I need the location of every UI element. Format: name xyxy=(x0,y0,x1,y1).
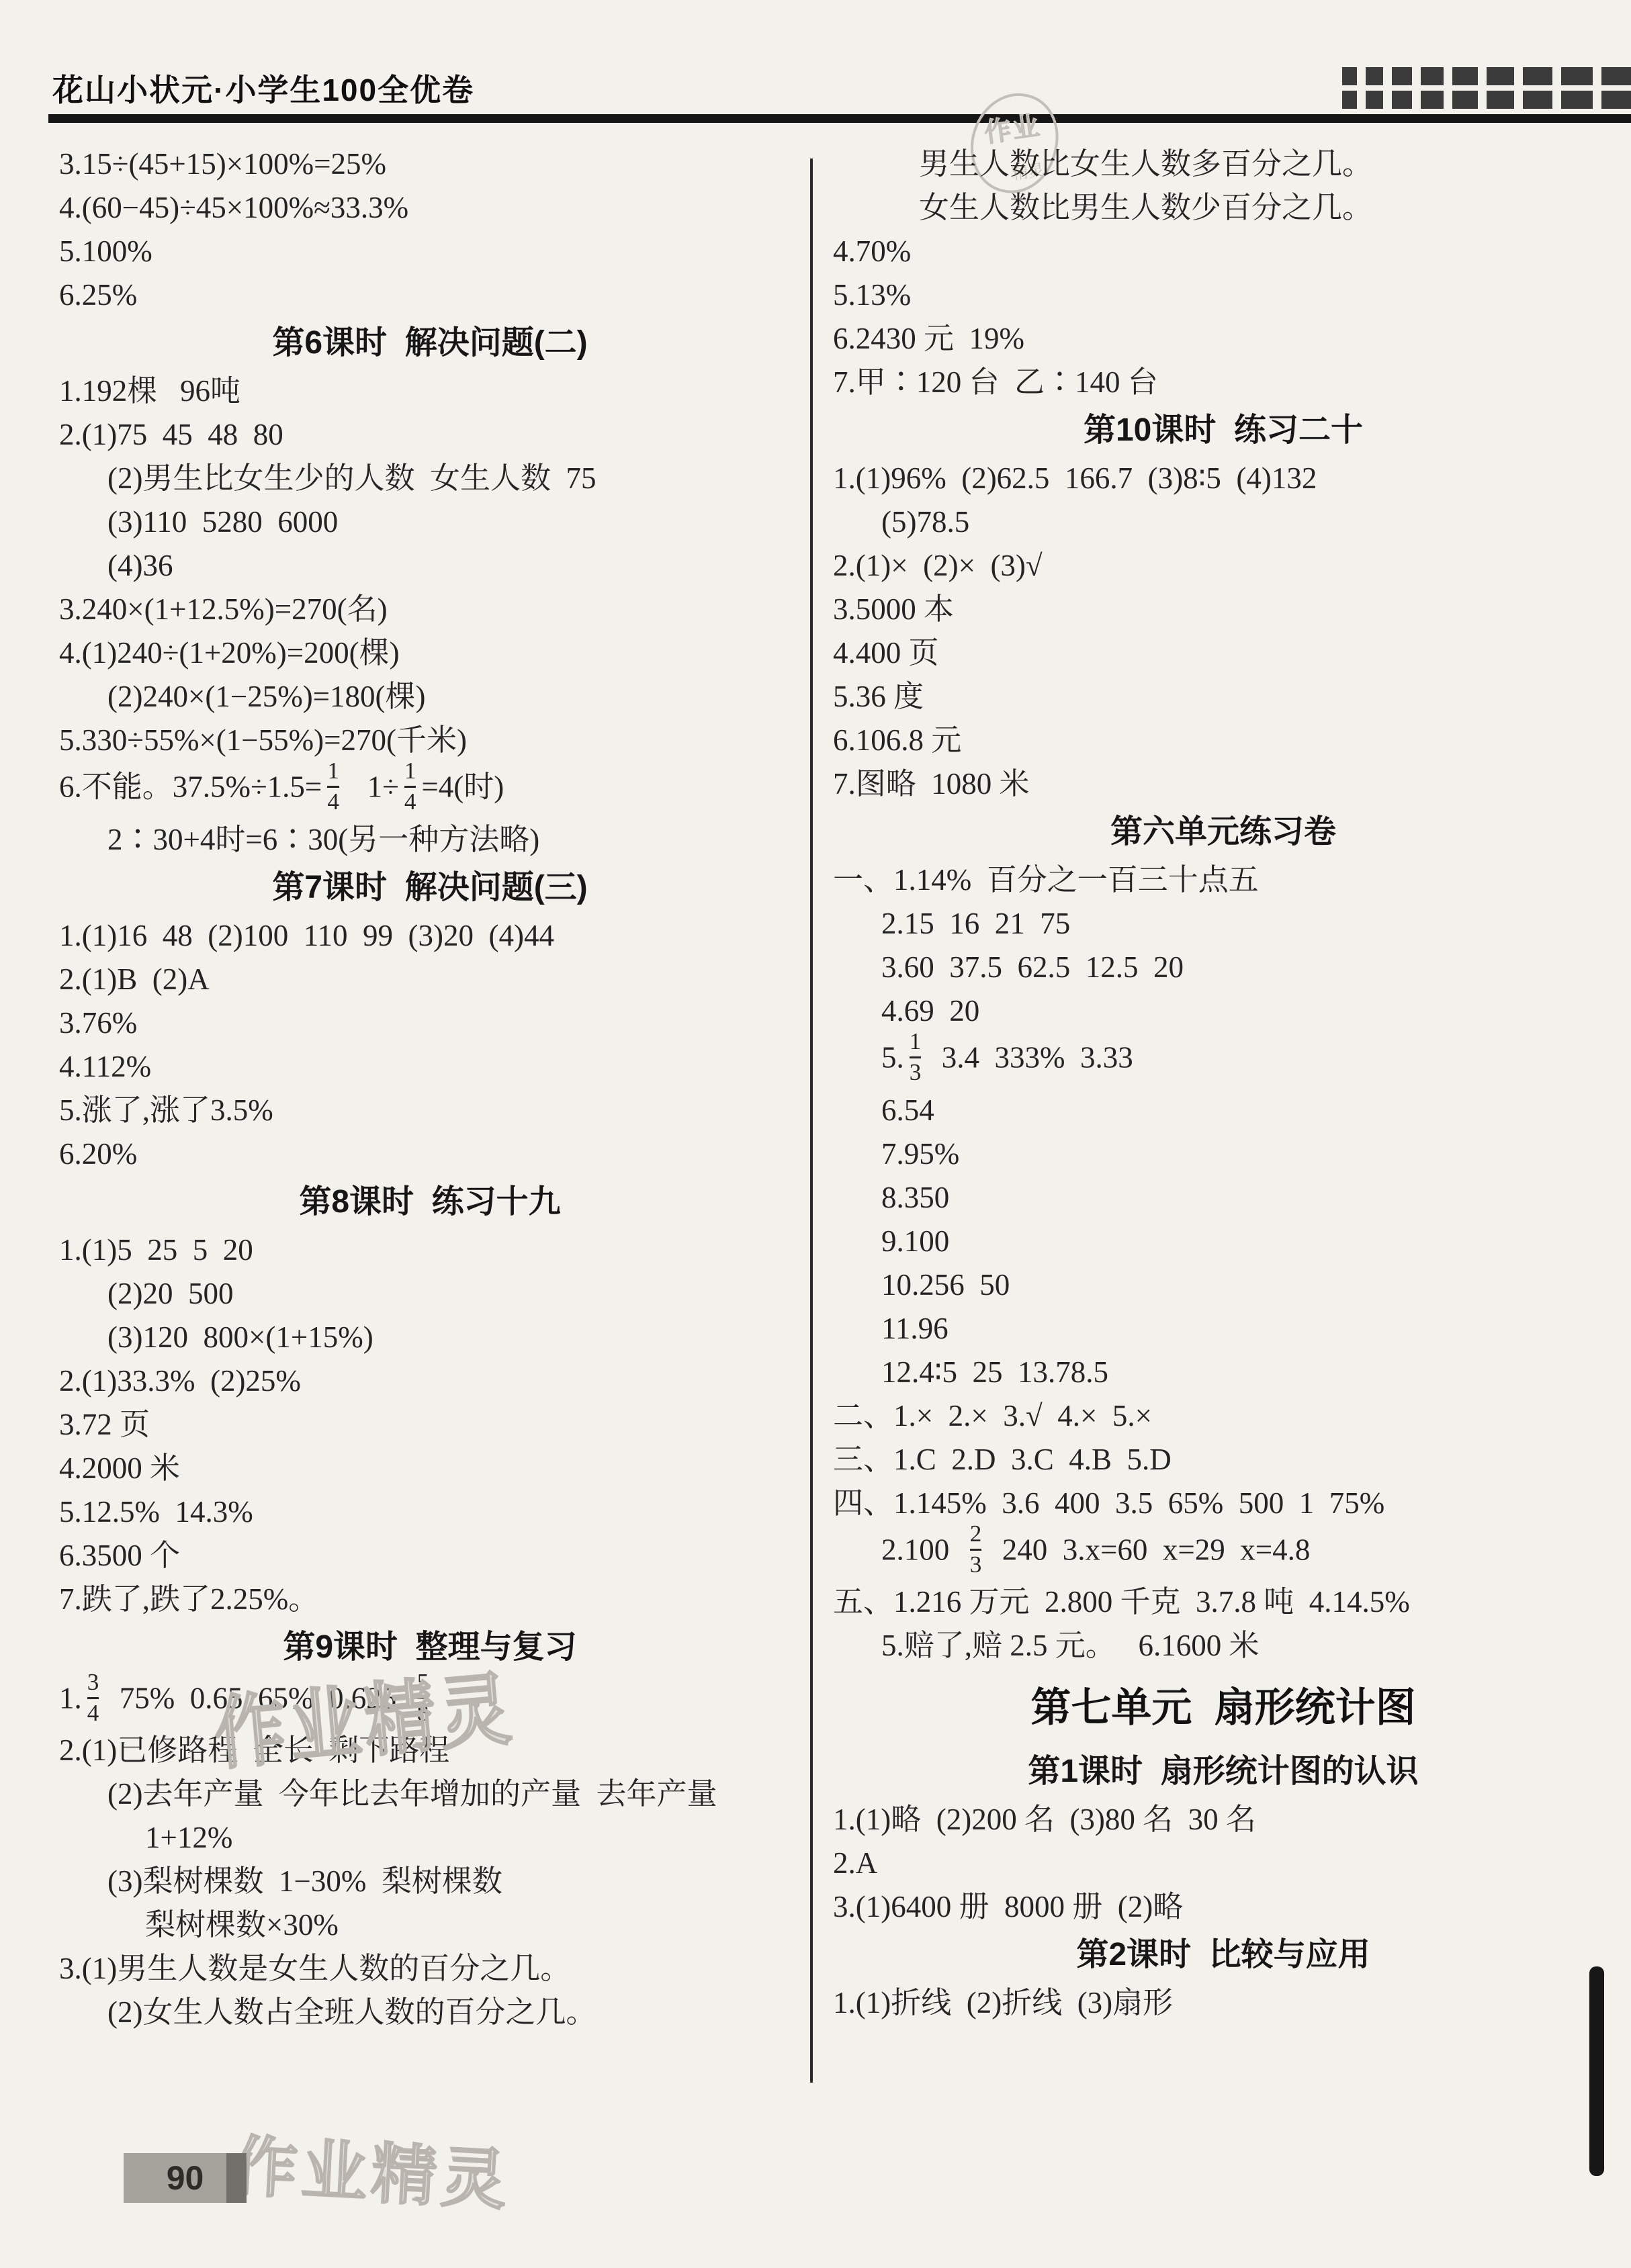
answer-text: 1+12% xyxy=(145,1821,232,1854)
answer-text: 第8课时 练习十九 xyxy=(299,1184,560,1220)
answer-line: (2)女生人数占全班人数的百分之几。 xyxy=(59,1991,801,2034)
answer-line: 12.4∶5 25 13.78.5 xyxy=(833,1351,1614,1394)
answer-text: (3)120 800×(1+15%) xyxy=(107,1320,373,1354)
answer-text: 1÷ xyxy=(345,770,399,804)
answer-line: (5)78.5 xyxy=(833,500,1614,544)
answer-text: 第1课时 扇形统计图的认识 xyxy=(1028,1754,1418,1789)
answer-text: 5.100% xyxy=(59,234,152,268)
fraction: 34 xyxy=(87,1670,99,1726)
answer-line: 二、1.× 2.× 3.√ 4.× 5.× xyxy=(833,1394,1614,1438)
answer-line: 5.100% xyxy=(59,230,801,273)
corner-block xyxy=(1601,91,1631,109)
answer-line: (4)36 xyxy=(59,544,801,588)
corner-block xyxy=(1421,67,1444,85)
answer-line: 4.(1)240÷(1+20%)=200(棵) xyxy=(59,631,801,675)
answer-text: 3.4 333% 3.33 xyxy=(926,1041,1133,1075)
answer-text: 2.(1)× (2)× (3)√ xyxy=(833,549,1043,582)
answer-text: 9.100 xyxy=(881,1224,949,1258)
answer-line: 女生人数比男生人数少百分之几。 xyxy=(833,186,1614,230)
corner-block xyxy=(1342,91,1357,109)
answer-line: 6.不能。37.5%÷1.5=14 1÷14=4(时) xyxy=(59,762,801,818)
answer-text: 2.(1)75 45 48 80 xyxy=(59,418,283,451)
answer-line: 10.256 50 xyxy=(833,1263,1614,1307)
fraction: 14 xyxy=(327,759,339,815)
section-heading: 第六单元练习卷 xyxy=(833,806,1614,858)
answer-line: 三、1.C 2.D 3.C 4.B 5.D xyxy=(833,1438,1614,1482)
answer-text: 3.76% xyxy=(59,1006,137,1040)
answer-line: 2.100 23 240 3.x=60 x=29 x=4.8 xyxy=(833,1525,1614,1581)
answer-text: 2.(1)B (2)A xyxy=(59,962,210,996)
answer-text: 第七单元 扇形统计图 xyxy=(1030,1685,1415,1730)
answer-line: 5.36 度 xyxy=(833,675,1614,719)
answer-text: 第7课时 解决问题(三) xyxy=(272,870,587,905)
corner-block xyxy=(1601,67,1631,85)
answer-text: 1.(1)16 48 (2)100 110 99 (3)20 (4)44 xyxy=(59,919,554,952)
answer-text: 6.不能。37.5%÷1.5= xyxy=(59,770,322,804)
answer-text: 240 3.x=60 x=29 x=4.8 xyxy=(987,1533,1310,1566)
answer-text: 2.(1)33.3% (2)25% xyxy=(59,1364,301,1398)
answer-text: 女生人数比男生人数少百分之几。 xyxy=(919,191,1372,224)
answer-text: 4.69 20 xyxy=(881,994,979,1028)
answer-text: 7.甲∶120 台 乙∶140 台 xyxy=(833,365,1158,399)
answer-line: 1.(1)96% (2)62.5 166.7 (3)8∶5 (4)132 xyxy=(833,457,1614,500)
answer-line: 3.76% xyxy=(59,1001,801,1045)
answer-line: 1.192棵 96吨 xyxy=(59,369,801,413)
header-rule xyxy=(48,114,1631,123)
answer-text: 四、1.145% 3.6 400 3.5 65% 500 1 75% xyxy=(833,1486,1384,1520)
answer-text: (2)去年产量 今年比去年增加的产量 去年产量 xyxy=(107,1777,717,1811)
fraction: 23 xyxy=(970,1522,982,1578)
answer-line: 3.15÷(45+15)×100%=25% xyxy=(59,142,801,186)
answer-text: 第10课时 练习二十 xyxy=(1084,412,1363,448)
answer-line: 3.5000 本 xyxy=(833,588,1614,631)
answer-text: 3.(1)男生人数是女生人数的百分之几。 xyxy=(59,1952,570,1985)
answer-text: (3)110 5280 6000 xyxy=(107,505,338,539)
section-heading: 第2课时 比较与应用 xyxy=(833,1929,1614,1981)
corner-block xyxy=(1487,91,1514,109)
answer-text: 第2课时 比较与应用 xyxy=(1076,1937,1370,1972)
answer-line: 7.95% xyxy=(833,1132,1614,1176)
answer-text: 8.350 xyxy=(881,1181,949,1214)
answer-line: 五、1.216 万元 2.800 千克 3.7.8 吨 4.14.5% xyxy=(833,1580,1614,1624)
corner-block xyxy=(1366,67,1383,85)
answer-text: 12.4∶5 25 13.78.5 xyxy=(881,1355,1108,1389)
corner-block xyxy=(1392,91,1412,109)
answer-text: (2)240×(1−25%)=180(棵) xyxy=(107,680,426,713)
answer-text: 5.涨了,涨了3.5% xyxy=(59,1093,273,1127)
answer-line: 4.69 20 xyxy=(833,989,1614,1033)
answer-text: 3.(1)6400 册 8000 册 (2)略 xyxy=(833,1890,1183,1923)
answer-text: 二、1.× 2.× 3.√ 4.× 5.× xyxy=(833,1399,1152,1433)
corner-block xyxy=(1421,91,1444,109)
answer-line: 2.A xyxy=(833,1842,1614,1885)
answer-text: 2.(1)已修路程 全长 剩下路程 xyxy=(59,1733,449,1767)
answer-text: 4.70% xyxy=(833,234,911,268)
answer-line: 3.(1)男生人数是女生人数的百分之几。 xyxy=(59,1947,801,1991)
answer-text: 7.跌了,跌了2.25%。 xyxy=(59,1582,318,1616)
answer-line: 1.(1)折线 (2)折线 (3)扇形 xyxy=(833,1981,1614,2025)
answer-line: (3)110 5280 6000 xyxy=(59,500,801,544)
corner-block xyxy=(1366,91,1383,109)
answer-text: 4.2000 米 xyxy=(59,1451,180,1485)
answer-text: 男生人数比女生人数多百分之几。 xyxy=(919,147,1372,181)
answer-text: (3)梨树棵数 1−30% 梨树棵数 xyxy=(107,1864,502,1898)
answer-text: 4.(60−45)÷45×100%≈33.3% xyxy=(59,191,408,224)
corner-block xyxy=(1342,67,1357,85)
answer-line: (2)240×(1−25%)=180(棵) xyxy=(59,675,801,719)
corner-block xyxy=(1392,67,1412,85)
answer-line: 4.112% xyxy=(59,1045,801,1089)
answer-text: 3.5000 本 xyxy=(833,592,954,626)
section-heading: 第9课时 整理与复习 xyxy=(59,1621,801,1674)
answer-text: 一、1.14% 百分之一百三十点五 xyxy=(833,863,1259,897)
answer-line: 2∶30+4时=6∶30(另一种方法略) xyxy=(59,818,801,862)
answer-line: 8.350 xyxy=(833,1176,1614,1220)
answer-text: 4.(1)240÷(1+20%)=200(棵) xyxy=(59,636,400,670)
answer-text: 6.106.8 元 xyxy=(833,723,961,757)
answer-text: (5)78.5 xyxy=(881,505,969,539)
answer-text: 6.20% xyxy=(59,1137,137,1171)
answer-text: (2)20 500 xyxy=(107,1277,233,1310)
answer-line: 1.(1)16 48 (2)100 110 99 (3)20 (4)44 xyxy=(59,914,801,958)
fraction: 14 xyxy=(404,759,416,815)
answer-text: =4(时) xyxy=(421,770,504,804)
answer-line: (3)120 800×(1+15%) xyxy=(59,1316,801,1359)
answer-line: (2)男生比女生少的人数 女生人数 75 xyxy=(59,457,801,500)
answer-line: 3.240×(1+12.5%)=270(名) xyxy=(59,588,801,631)
answer-text: 2.15 16 21 75 xyxy=(881,907,1070,940)
answer-text: 2.100 xyxy=(881,1533,965,1566)
answer-line: 11.96 xyxy=(833,1307,1614,1351)
answer-line: 3.72 页 xyxy=(59,1403,801,1447)
answer-line: 5.13% xyxy=(833,273,1614,317)
corner-block xyxy=(1452,91,1478,109)
answer-line: 梨树棵数×30% xyxy=(59,1903,801,1947)
answer-text: (2)女生人数占全班人数的百分之几。 xyxy=(107,1995,596,2029)
answer-line: 5.13 3.4 333% 3.33 xyxy=(833,1033,1614,1089)
answer-line: 1.(1)5 25 5 20 xyxy=(59,1228,801,1272)
answer-line: 6.2430 元 19% xyxy=(833,317,1614,361)
watermark-bottom: 作业精灵 xyxy=(230,2114,514,2223)
answer-text: 11.96 xyxy=(881,1312,949,1345)
answer-line: 2.(1)75 45 48 80 xyxy=(59,413,801,457)
fraction: 13 xyxy=(910,1030,922,1085)
answer-text: 6.25% xyxy=(59,278,137,312)
answer-text: 1.(1)略 (2)200 名 (3)80 名 30 名 xyxy=(833,1803,1256,1836)
corner-block xyxy=(1561,67,1593,85)
answer-text: 五、1.216 万元 2.800 千克 3.7.8 吨 4.14.5% xyxy=(833,1585,1410,1619)
answer-text: 10.256 50 xyxy=(881,1268,1010,1302)
answer-line: 6.25% xyxy=(59,273,801,317)
answer-line: 四、1.145% 3.6 400 3.5 65% 500 1 75% xyxy=(833,1482,1614,1525)
answer-line: 5.赔了,赔 2.5 元。 6.1600 米 xyxy=(833,1624,1614,1668)
answer-text: 1. xyxy=(59,1681,82,1715)
page-number-box-edge xyxy=(226,2153,247,2203)
corner-block xyxy=(1523,67,1552,85)
left-column: 3.15÷(45+15)×100%=25%4.(60−45)÷45×100%≈3… xyxy=(59,142,801,2034)
answer-line: 9.100 xyxy=(833,1220,1614,1263)
answer-text: 7.图略 1080 米 xyxy=(833,767,1030,801)
answer-line: 4.2000 米 xyxy=(59,1447,801,1490)
answer-text: 6.2430 元 19% xyxy=(833,322,1024,355)
answer-line: 6.20% xyxy=(59,1132,801,1176)
answer-text: 4.400 页 xyxy=(833,636,939,670)
answer-line: 7.跌了,跌了2.25%。 xyxy=(59,1578,801,1621)
answer-line: 4.(60−45)÷45×100%≈33.3% xyxy=(59,186,801,230)
right-column: 男生人数比女生人数多百分之几。女生人数比男生人数少百分之几。4.70%5.13%… xyxy=(833,142,1614,2025)
answer-line: 2.(1)B (2)A xyxy=(59,958,801,1001)
answer-text: 5.12.5% 14.3% xyxy=(59,1495,253,1529)
unit-heading: 第七单元 扇形统计图 xyxy=(833,1673,1614,1743)
answer-line: 男生人数比女生人数多百分之几。 xyxy=(833,142,1614,186)
answer-text: 1.(1)96% (2)62.5 166.7 (3)8∶5 (4)132 xyxy=(833,461,1317,495)
corner-block xyxy=(1487,67,1514,85)
answer-line: 6.54 xyxy=(833,1089,1614,1132)
answer-text: 1.(1)5 25 5 20 xyxy=(59,1233,253,1267)
answer-text: 3.240×(1+12.5%)=270(名) xyxy=(59,592,388,626)
answer-line: 2.(1)已修路程 全长 剩下路程 xyxy=(59,1729,801,1772)
answer-text: 梨树棵数×30% xyxy=(145,1908,339,1942)
answer-line: (2)去年产量 今年比去年增加的产量 去年产量 xyxy=(59,1772,801,1816)
answer-line: 一、1.14% 百分之一百三十点五 xyxy=(833,858,1614,902)
section-heading: 第6课时 解决问题(二) xyxy=(59,317,801,369)
answer-line: (2)20 500 xyxy=(59,1272,801,1316)
section-heading: 第8课时 练习十九 xyxy=(59,1176,801,1228)
answer-text: (2)男生比女生少的人数 女生人数 75 xyxy=(107,461,596,495)
answer-text: 6.54 xyxy=(881,1093,934,1127)
scan-edge-artifact xyxy=(1589,1966,1604,2176)
answer-text: 第9课时 整理与复习 xyxy=(283,1629,576,1665)
answer-text: 5.36 度 xyxy=(833,680,924,713)
answer-line: 5.涨了,涨了3.5% xyxy=(59,1089,801,1132)
answer-line: 7.甲∶120 台 乙∶140 台 xyxy=(833,361,1614,404)
answer-line: 3.(1)6400 册 8000 册 (2)略 xyxy=(833,1885,1614,1929)
section-heading: 第10课时 练习二十 xyxy=(833,404,1614,457)
answer-line: 2.15 16 21 75 xyxy=(833,902,1614,946)
answer-line: 4.400 页 xyxy=(833,631,1614,675)
answer-line: 6.106.8 元 xyxy=(833,719,1614,762)
page-title: 花山小状元·小学生100全优卷 xyxy=(52,66,474,110)
corner-blocks-row xyxy=(1342,91,1631,109)
answer-line: 3.60 37.5 62.5 12.5 20 xyxy=(833,946,1614,989)
corner-blocks-row xyxy=(1342,67,1631,85)
answer-text: (4)36 xyxy=(107,549,173,582)
answer-text: 4.112% xyxy=(59,1050,151,1083)
page-number-box: 90 xyxy=(124,2153,247,2203)
corner-block xyxy=(1523,91,1552,109)
answer-text: 3.60 37.5 62.5 12.5 20 xyxy=(881,950,1184,984)
column-divider xyxy=(810,158,813,2083)
answer-line: 5.330÷55%×(1−55%)=270(千米) xyxy=(59,719,801,762)
answer-text: 第6课时 解决问题(二) xyxy=(272,325,587,361)
corner-block xyxy=(1561,91,1593,109)
answer-text: 5.赔了,赔 2.5 元。 6.1600 米 xyxy=(881,1629,1260,1662)
answer-text: 2.A xyxy=(833,1846,877,1880)
section-heading: 第7课时 解决问题(三) xyxy=(59,862,801,914)
page-number: 90 xyxy=(167,2159,204,2197)
answer-text: 2∶30+4时=6∶30(另一种方法略) xyxy=(107,823,539,856)
answer-text: 3.72 页 xyxy=(59,1408,150,1441)
answer-text: 75% 0.65 65% 0.625 xyxy=(104,1681,411,1715)
answer-line: 1.(1)略 (2)200 名 (3)80 名 30 名 xyxy=(833,1798,1614,1842)
answer-line: 4.70% xyxy=(833,230,1614,273)
answer-line: 1+12% xyxy=(59,1816,801,1860)
answer-text: 3.15÷(45+15)×100%=25% xyxy=(59,147,386,181)
answer-text: 1.(1)折线 (2)折线 (3)扇形 xyxy=(833,1986,1173,2020)
answer-text: 第六单元练习卷 xyxy=(1110,814,1336,850)
answer-line: 1.34 75% 0.65 65% 0.625 58 xyxy=(59,1674,801,1729)
answer-line: 7.图略 1080 米 xyxy=(833,762,1614,806)
answer-text: 5.330÷55%×(1−55%)=270(千米) xyxy=(59,723,467,757)
answer-text: 1.192棵 96吨 xyxy=(59,374,240,408)
answer-text: 7.95% xyxy=(881,1137,959,1171)
corner-block xyxy=(1452,67,1478,85)
workbook-answer-page: 花山小状元·小学生100全优卷 作业 精灵 3.15÷(45+15)×100%=… xyxy=(0,0,1631,2268)
answer-text: 6.3500 个 xyxy=(59,1539,180,1572)
answer-text: 5. xyxy=(881,1041,904,1075)
answer-line: 2.(1)33.3% (2)25% xyxy=(59,1359,801,1403)
section-heading: 第1课时 扇形统计图的认识 xyxy=(833,1745,1614,1798)
answer-line: 2.(1)× (2)× (3)√ xyxy=(833,544,1614,588)
answer-line: (3)梨树棵数 1−30% 梨树棵数 xyxy=(59,1860,801,1903)
answer-text: 5.13% xyxy=(833,278,911,312)
answer-line: 6.3500 个 xyxy=(59,1534,801,1578)
answer-text: 三、1.C 2.D 3.C 4.B 5.D xyxy=(833,1443,1172,1476)
fraction: 58 xyxy=(417,1670,429,1726)
corner-blocks-decoration xyxy=(1342,67,1631,109)
answer-line: 5.12.5% 14.3% xyxy=(59,1490,801,1534)
